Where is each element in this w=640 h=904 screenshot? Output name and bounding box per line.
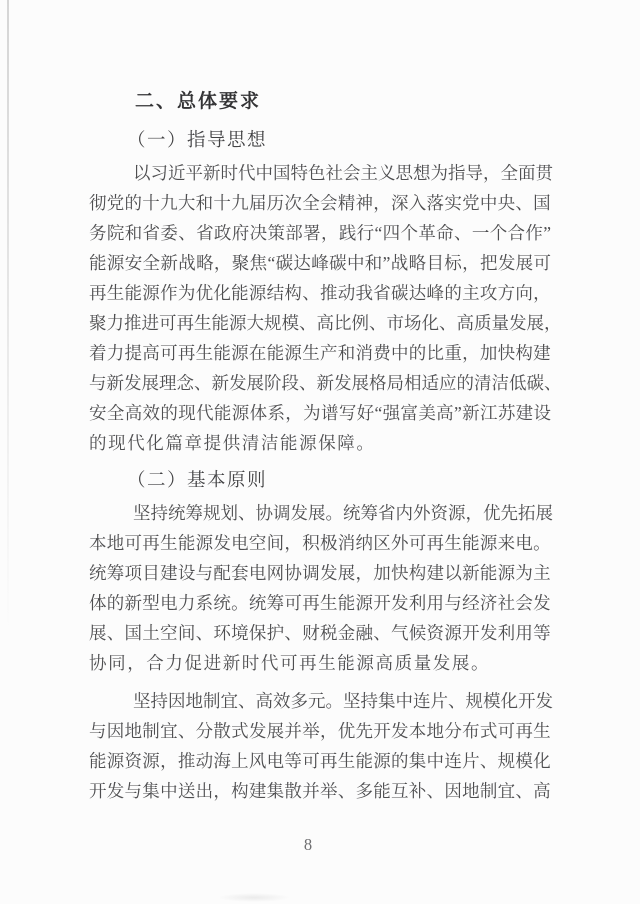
text-line: 再生能源作为优化能源结构、推动我省碳达峰的主攻方向，	[89, 278, 551, 308]
text-line: 能源安全新战略，聚焦“碳达峰碳中和”战略目标，把发展可	[89, 248, 551, 278]
subsection-heading: （一）指导思想	[89, 122, 551, 158]
scan-edge-artifact	[7, 0, 9, 633]
text-line: 以习近平新时代中国特色社会主义思想为指导，全面贯	[89, 158, 551, 188]
document-page: 二、总体要求（一）指导思想以习近平新时代中国特色社会主义思想为指导，全面贯彻党的…	[0, 0, 640, 904]
page-number: 8	[0, 833, 628, 857]
text-line: 坚持统筹规划、协调发展。统筹省内外资源，优先拓展	[89, 498, 551, 528]
text-line: 坚持因地制宜、高效多元。坚持集中连片、规模化开发	[89, 686, 551, 716]
document-body: 二、总体要求（一）指导思想以习近平新时代中国特色社会主义思想为指导，全面贯彻党的…	[89, 86, 551, 806]
text-line: 与因地制宜、分散式发展并举，优先开发本地分布式可再生	[89, 716, 551, 746]
text-line: 统筹项目建设与配套电网协调发展，加快构建以新能源为主	[89, 558, 551, 588]
subsection-heading: （二）基本原则	[89, 462, 551, 498]
text-line: 聚力推进可再生能源大规模、高比例、市场化、高质量发展，	[89, 308, 551, 338]
text-line: 能源资源，推动海上风电等可再生能源的集中连片、规模化	[89, 746, 551, 776]
text-line: 本地可再生能源发电空间，积极消纳区外可再生能源来电。	[89, 528, 551, 558]
text-line: 展、国土空间、环境保护、财税金融、气候资源开发利用等	[89, 618, 551, 648]
text-line: 与新发展理念、新发展阶段、新发展格局相适应的清洁低碳、	[89, 368, 551, 398]
text-line: 开发与集中送出，构建集散并举、多能互补、因地制宜、高	[89, 776, 551, 806]
text-line: 着力提高可再生能源在能源生产和消费中的比重，加快构建	[89, 338, 551, 368]
text-line: 彻党的十九大和十九届历次全会精神，深入落实党中央、国	[89, 188, 551, 218]
text-line: 务院和省委、省政府决策部署，践行“四个革命、一个合作”	[89, 218, 551, 248]
section-heading: 二、总体要求	[89, 86, 551, 122]
text-line: 安全高效的现代能源体系，为谱写好“强富美高”新江苏建设	[89, 398, 551, 428]
smudge-artifact	[218, 893, 290, 902]
text-line: 的现代化篇章提供清洁能源保障。	[89, 428, 551, 458]
text-line: 协同，合力促进新时代可再生能源高质量发展。	[89, 648, 551, 678]
text-line: 体的新型电力系统。统筹可再生能源开发利用与经济社会发	[89, 588, 551, 618]
